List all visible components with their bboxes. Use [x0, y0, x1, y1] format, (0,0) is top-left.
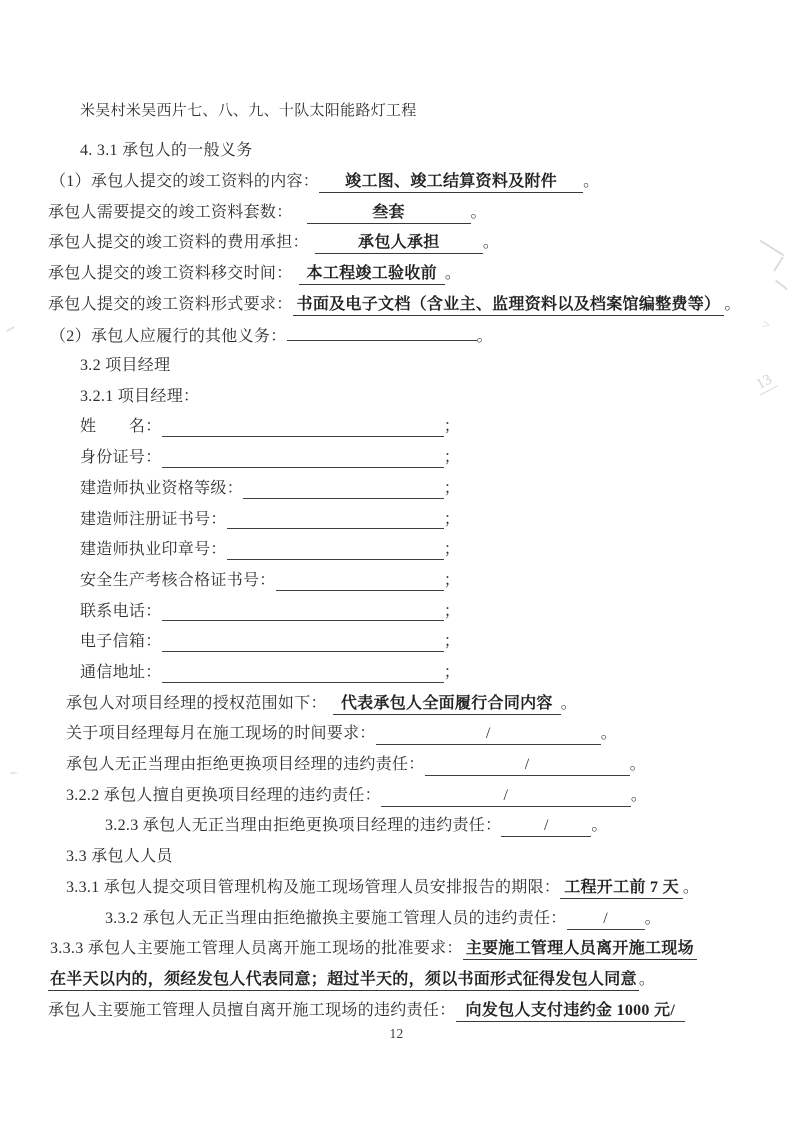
- line-end-punct: 。: [483, 234, 499, 251]
- form-line-333: 3.3.3 承包人主要施工管理人员离开施工现场的批准要求：主要施工管理人员离开施…: [0, 934, 793, 965]
- empty-blank: [227, 558, 444, 560]
- field-suffix: ；: [444, 505, 460, 536]
- form-line-format: 承包人提交的竣工资料形式要求：书面及电子文档（含业主、监理资料以及档案馆编整费等…: [0, 290, 793, 321]
- field-row-phone: 联系电话：；: [0, 597, 460, 628]
- form-line-refuse-replace: 承包人无正当理由拒绝更换项目经理的违约责任：/。: [0, 750, 793, 781]
- line-end-punct: 。: [630, 756, 646, 773]
- line-end-punct: 。: [477, 328, 493, 345]
- form-line-331: 3.3.1 承包人提交项目管理机构及施工现场管理人员安排报告的期限：工程开工前 …: [0, 873, 793, 904]
- filled-blank: 在半天以内的，须经发包人代表同意；超过半天的，须以书面形式征得发包人同意: [48, 970, 639, 991]
- field-row-qualification-grade: 建造师执业资格等级：；: [0, 474, 460, 505]
- scanned-contract-page: 米吴村米吴西片七、八、九、十队太阳能路灯工程 4. 3.1 承包人的一般义务 （…: [0, 0, 793, 1121]
- field-label: 承包人主要施工管理人员擅自离开施工现场的违约责任：: [48, 1002, 456, 1019]
- field-row-name: 姓 名：；: [0, 413, 460, 444]
- form-line-cost: 承包人提交的竣工资料的费用承担：承包人承担。: [0, 228, 793, 259]
- field-label: 关于项目经理每月在施工现场的时间要求：: [66, 725, 376, 742]
- form-line-332: 3.3.2 承包人无正当理由拒绝撤换主要施工管理人员的违约责任：/。: [0, 904, 793, 935]
- filled-blank: 本工程竣工验收前: [299, 264, 445, 285]
- filled-blank: 主要施工管理人员离开施工现场: [463, 939, 697, 960]
- filled-blank: 承包人承担: [315, 233, 483, 254]
- field-label: 承包人无正当理由拒绝更换项目经理的违约责任：: [66, 756, 425, 773]
- field-label: 3.3.2 承包人无正当理由拒绝撤换主要施工管理人员的违约责任：: [105, 910, 567, 927]
- line-end-punct: 。: [645, 910, 661, 927]
- filled-blank: 竣工图、竣工结算资料及附件: [319, 172, 583, 193]
- form-line-other-obligations: （2）承包人应履行的其他义务：。: [0, 320, 793, 351]
- form-line-322: 3.2.2 承包人擅自更换项目经理的违约责任：/。: [0, 781, 793, 812]
- filled-blank: 书面及电子文档（含业主、监理资料以及档案馆编整费等）: [293, 295, 725, 316]
- field-suffix: ；: [444, 535, 460, 566]
- line-end-punct: 。: [683, 879, 699, 896]
- line-end-punct: 。: [471, 204, 487, 221]
- section-heading-32: 3.2 项目经理: [0, 351, 793, 382]
- field-row-registration-cert: 建造师注册证书号：；: [0, 505, 460, 536]
- project-title: 米吴村米吴西片七、八、九、十队太阳能路灯工程: [0, 88, 793, 134]
- slash-blank: /: [501, 816, 591, 837]
- section-heading-321: 3.2.1 项目经理：: [0, 382, 793, 413]
- field-label: （1）承包人提交的竣工资料的内容：: [50, 173, 319, 190]
- field-suffix: ；: [444, 412, 460, 443]
- page-number: 12: [0, 1026, 793, 1042]
- slash-blank: /: [425, 755, 630, 776]
- field-label: 联系电话：: [80, 597, 162, 628]
- form-line-333-continuation: 在半天以内的，须经发包人代表同意；超过半天的，须以书面形式征得发包人同意。: [0, 965, 793, 996]
- field-suffix: ；: [444, 566, 460, 597]
- section-heading-431: 4. 3.1 承包人的一般义务: [0, 134, 793, 167]
- form-line-copies: 承包人需要提交的竣工资料套数：叁套。: [0, 198, 793, 229]
- field-label: 建造师注册证书号：: [80, 505, 227, 536]
- form-line-site-time: 关于项目经理每月在施工现场的时间要求：/。: [0, 719, 793, 750]
- field-label: 姓 名：: [80, 412, 162, 443]
- empty-blank: [162, 619, 444, 621]
- empty-blank: [162, 466, 444, 468]
- field-label: 承包人提交的竣工资料移交时间：: [48, 265, 293, 282]
- empty-blank: [162, 681, 444, 683]
- form-line-authorization: 承包人对项目经理的授权范围如下：代表承包人全面履行合同内容。: [0, 689, 793, 720]
- filled-blank: 工程开工前 7 天: [560, 878, 683, 899]
- field-label: 承包人对项目经理的授权范围如下：: [66, 695, 327, 712]
- field-row-email: 电子信箱：；: [0, 627, 460, 658]
- field-label: 承包人提交的竣工资料形式要求：: [48, 296, 293, 313]
- empty-blank: [162, 435, 444, 437]
- field-label: 3.2.3 承包人无正当理由拒绝更换项目经理的违约责任：: [105, 817, 501, 834]
- form-line-completion-content: （1）承包人提交的竣工资料的内容：竣工图、竣工结算资料及附件。: [0, 167, 793, 198]
- filled-blank: 叁套: [307, 203, 471, 224]
- field-label: 身份证号：: [80, 443, 162, 474]
- line-end-punct: 。: [724, 296, 740, 313]
- form-line-323: 3.2.3 承包人无正当理由拒绝更换项目经理的违约责任：/。: [0, 811, 793, 842]
- field-label: 通信地址：: [80, 658, 162, 689]
- field-label: 3.2.2 承包人擅自更换项目经理的违约责任：: [66, 787, 381, 804]
- line-end-punct: 。: [639, 971, 655, 988]
- empty-blank: [276, 589, 444, 591]
- field-suffix: ；: [444, 474, 460, 505]
- section-heading-33: 3.3 承包人人员: [0, 842, 793, 873]
- field-label: 建造师执业印章号：: [80, 535, 227, 566]
- field-label: 3.3.3 承包人主要施工管理人员离开施工现场的批准要求：: [50, 940, 463, 957]
- filled-blank: 向发包人支付违约金 1000 元/: [456, 1001, 686, 1022]
- line-end-punct: 。: [601, 725, 617, 742]
- field-suffix: ；: [444, 443, 460, 474]
- form-line-handover-time: 承包人提交的竣工资料移交时间：本工程竣工验收前。: [0, 259, 793, 290]
- empty-blank: [243, 497, 444, 499]
- field-label: 建造师执业资格等级：: [80, 474, 243, 505]
- line-end-punct: 。: [561, 695, 577, 712]
- field-label: 承包人提交的竣工资料的费用承担：: [48, 234, 309, 251]
- line-end-punct: 。: [591, 817, 607, 834]
- line-end-punct: 。: [583, 173, 599, 190]
- form-line-leave-penalty: 承包人主要施工管理人员擅自离开施工现场的违约责任：向发包人支付违约金 1000 …: [0, 996, 793, 1027]
- field-label: 安全生产考核合格证书号：: [80, 566, 276, 597]
- field-row-mail-address: 通信地址：；: [0, 658, 460, 689]
- filled-blank: 代表承包人全面履行合同内容: [333, 694, 561, 715]
- slash-blank: /: [567, 909, 645, 930]
- field-label: 电子信箱：: [80, 627, 162, 658]
- empty-blank: [227, 527, 444, 529]
- line-end-punct: 。: [631, 787, 647, 804]
- field-row-id-number: 身份证号：；: [0, 443, 460, 474]
- empty-blank: [287, 320, 477, 341]
- field-label: 承包人需要提交的竣工资料套数：: [48, 204, 293, 221]
- empty-blank: [162, 650, 444, 652]
- slash-blank: /: [376, 724, 601, 745]
- field-suffix: ；: [444, 597, 460, 628]
- field-row-safety-cert: 安全生产考核合格证书号：；: [0, 566, 460, 597]
- field-label: （2）承包人应履行的其他义务：: [50, 328, 287, 345]
- slash-blank: /: [381, 786, 631, 807]
- line-end-punct: 。: [445, 265, 461, 282]
- field-row-practice-seal: 建造师执业印章号：；: [0, 535, 460, 566]
- field-suffix: ；: [444, 627, 460, 658]
- field-suffix: ；: [444, 658, 460, 689]
- field-label: 3.3.1 承包人提交项目管理机构及施工现场管理人员安排报告的期限：: [66, 879, 560, 896]
